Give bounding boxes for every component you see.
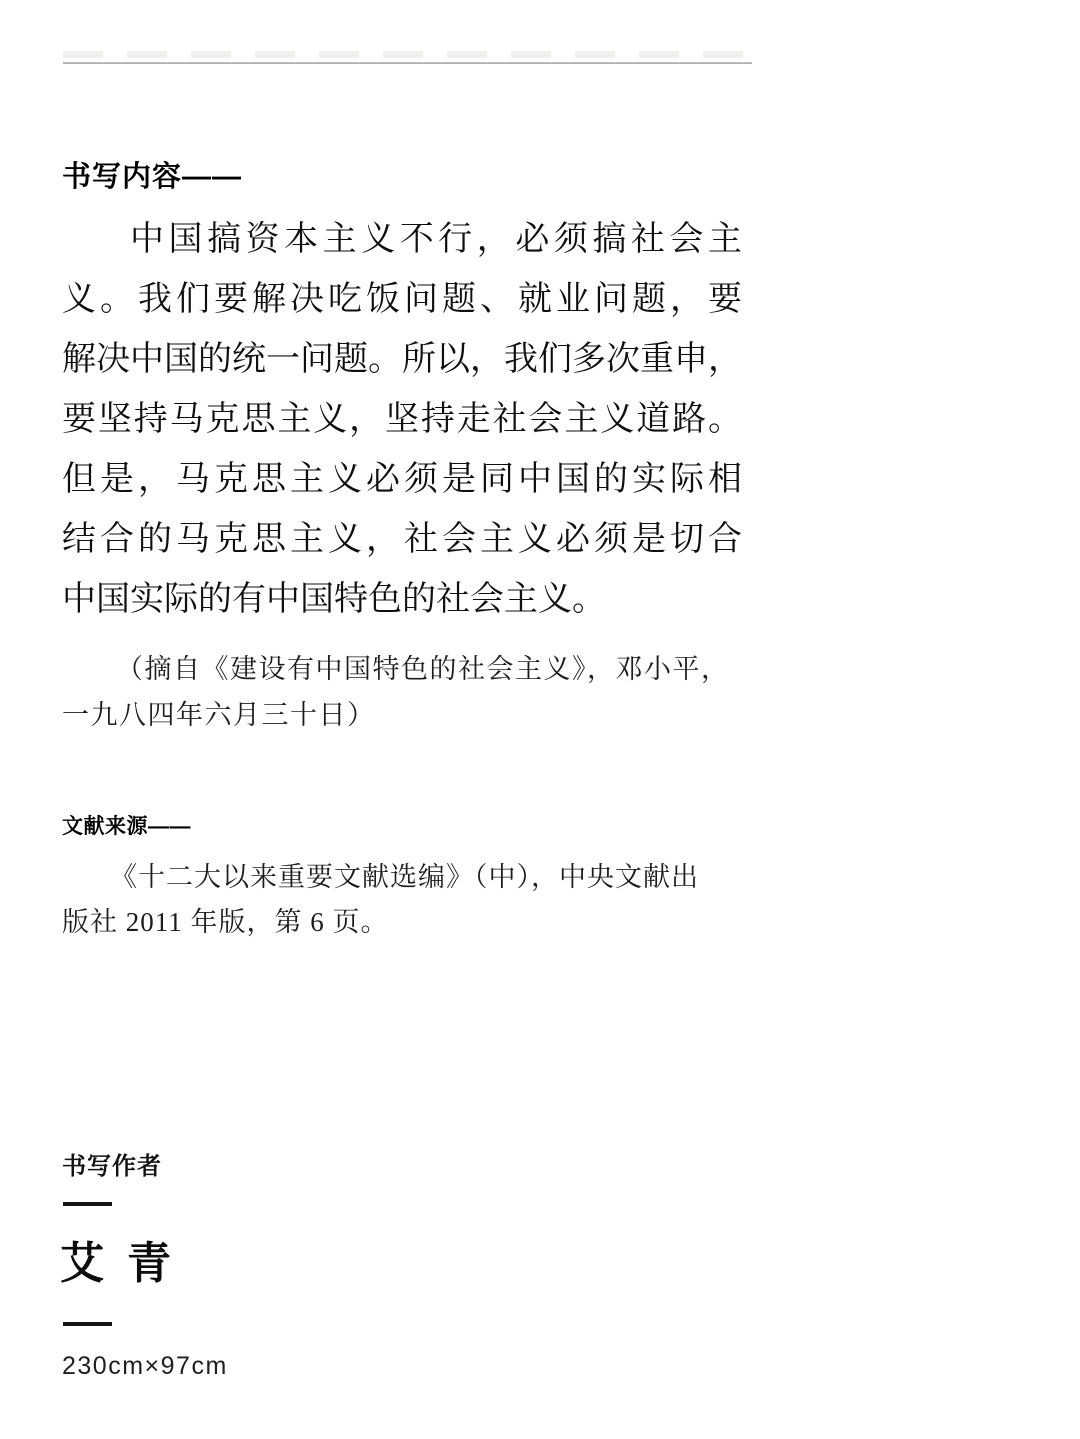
- author-name: 艾 青: [60, 1238, 177, 1290]
- quote-line: 义。我们要解决吃饭问题、就业问题，要: [62, 270, 742, 330]
- quote-line: 结合的马克思主义，社会主义必须是切合: [62, 510, 742, 570]
- dimensions-separator-dash: [63, 1322, 112, 1326]
- source-line: 《十二大以来重要文献选编》（中），中央文献出: [62, 855, 762, 900]
- quote-line: 中国搞资本主义不行，必须搞社会主: [62, 210, 742, 270]
- source-section-heading: 文献来源——: [62, 812, 191, 842]
- quote-body: 中国搞资本主义不行，必须搞社会主 义。我们要解决吃饭问题、就业问题，要 解决中国…: [62, 210, 742, 630]
- attribution-line: （摘自《建设有中国特色的社会主义》，邓小平，: [62, 646, 762, 692]
- quote-attribution: （摘自《建设有中国特色的社会主义》，邓小平， 一九八四年六月三十日）: [62, 646, 762, 738]
- catalog-page: 书写内容—— 中国搞资本主义不行，必须搞社会主 义。我们要解决吃饭问题、就业问题…: [0, 0, 1080, 1439]
- quote-line: 解决中国的统一问题。所以，我们多次重申，: [62, 330, 742, 390]
- source-citation: 《十二大以来重要文献选编》（中），中央文献出 版社 2011 年版，第 6 页。: [62, 855, 762, 945]
- top-divider-line: [63, 62, 752, 64]
- attribution-line: 一九八四年六月三十日）: [62, 692, 762, 738]
- author-separator-dash: [63, 1202, 112, 1206]
- faded-page-edge-decoration: [63, 51, 752, 58]
- content-section-heading: 书写内容——: [62, 160, 242, 194]
- quote-line: 要坚持马克思主义，坚持走社会主义道路。: [62, 390, 742, 450]
- quote-line: 中国实际的有中国特色的社会主义。: [62, 570, 742, 630]
- artwork-dimensions: 230cm×97cm: [62, 1352, 228, 1380]
- author-section-heading: 书写作者: [62, 1153, 162, 1181]
- source-line: 版社 2011 年版，第 6 页。: [62, 900, 762, 945]
- quote-line: 但是，马克思主义必须是同中国的实际相: [62, 450, 742, 510]
